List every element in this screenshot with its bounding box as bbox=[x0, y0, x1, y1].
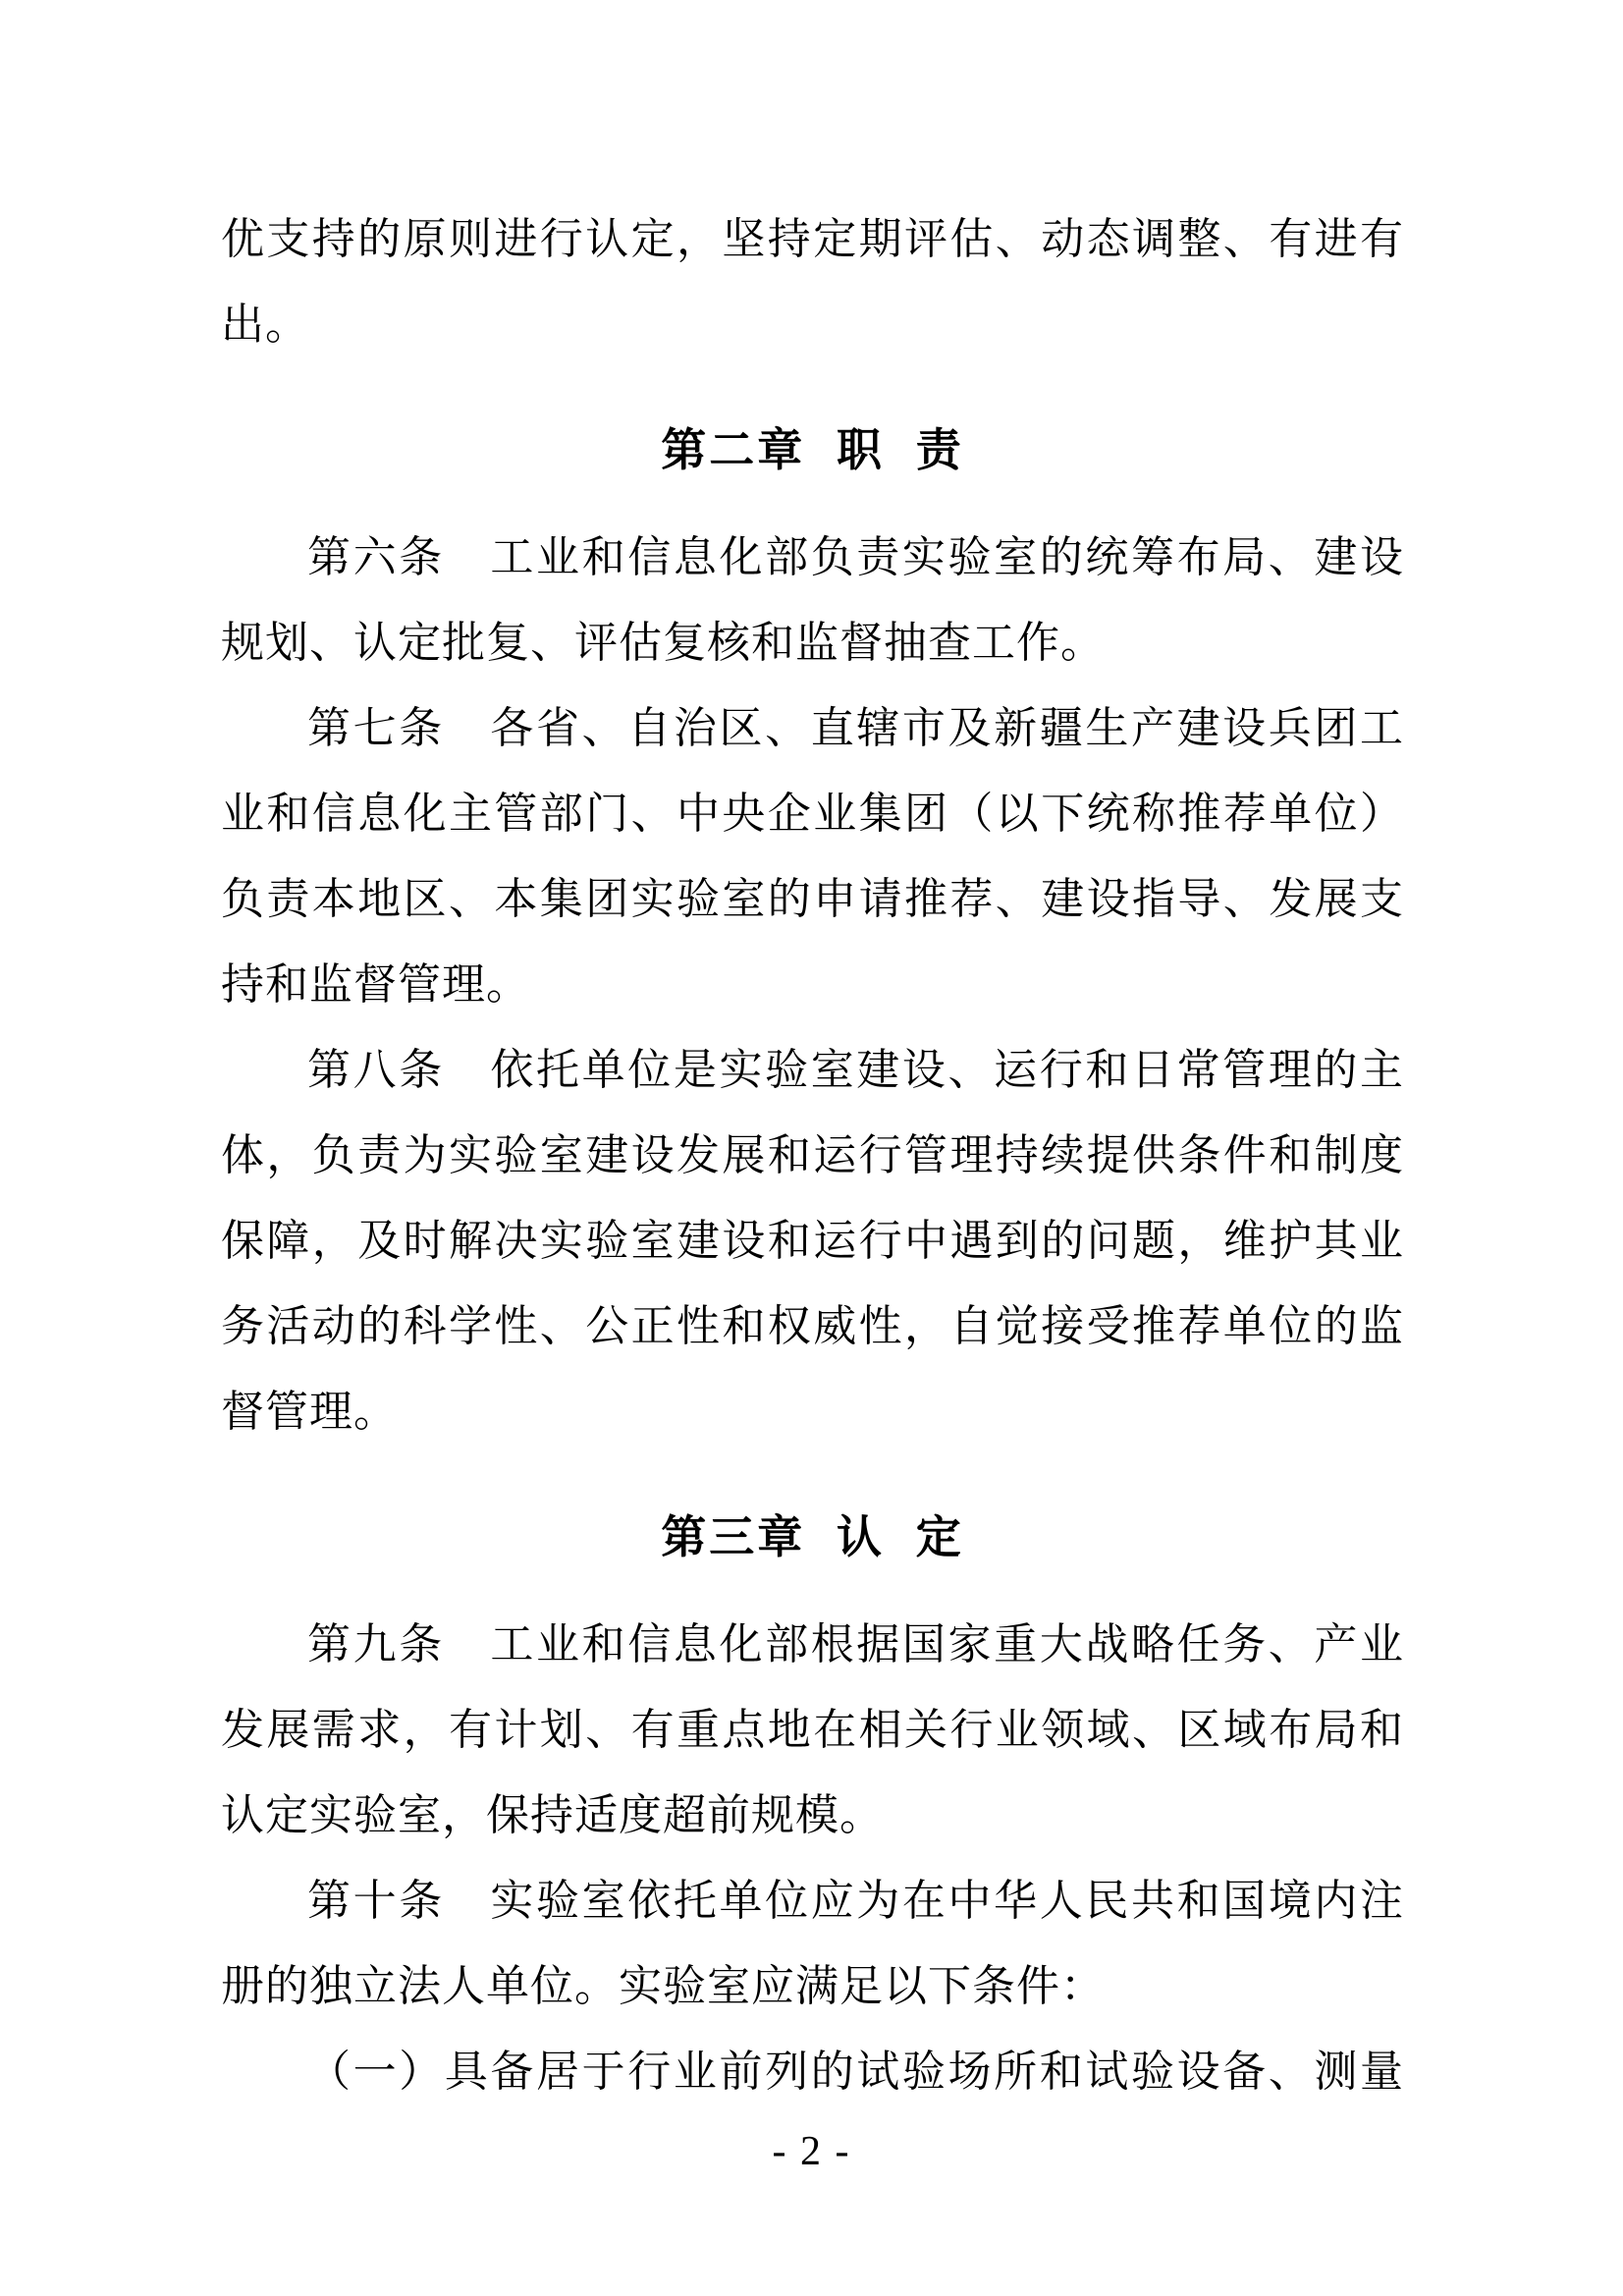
article-9-paragraph: 第九条 工业和信息化部根据国家重大战略任务、产业发展需求，有计划、有重点地在相关… bbox=[221, 1602, 1404, 1858]
chapter-3-heading: 第三章 认 定 bbox=[221, 1495, 1404, 1580]
document-body: 优支持的原则进行认定，坚持定期评估、动态调整、有进有出。 第二章 职 责 第六条… bbox=[221, 196, 1404, 2114]
chapter-2-heading: 第二章 职 责 bbox=[221, 408, 1404, 493]
item-1-paragraph: （一）具备居于行业前列的试验场所和试验设备、测量 bbox=[221, 2029, 1404, 2114]
article-7-paragraph: 第七条 各省、自治区、直辖市及新疆生产建设兵团工业和信息化主管部门、中央企业集团… bbox=[221, 685, 1404, 1027]
paragraph-continued-from-previous-page: 优支持的原则进行认定，坚持定期评估、动态调整、有进有出。 bbox=[221, 196, 1404, 367]
article-6-paragraph: 第六条 工业和信息化部负责实验室的统筹布局、建设规划、认定批复、评估复核和监督抽… bbox=[221, 515, 1404, 685]
article-10-paragraph: 第十条 实验室依托单位应为在中华人民共和国境内注册的独立法人单位。实验室应满足以… bbox=[221, 1858, 1404, 2029]
document-page: { "page": { "background_color": "#ffffff… bbox=[0, 0, 1623, 2296]
article-8-paragraph: 第八条 依托单位是实验室建设、运行和日常管理的主体，负责为实验室建设发展和运行管… bbox=[221, 1027, 1404, 1454]
page-number: - 2 - bbox=[0, 2129, 1623, 2174]
page-sheet: 优支持的原则进行认定，坚持定期评估、动态调整、有进有出。 第二章 职 责 第六条… bbox=[0, 0, 1623, 2296]
